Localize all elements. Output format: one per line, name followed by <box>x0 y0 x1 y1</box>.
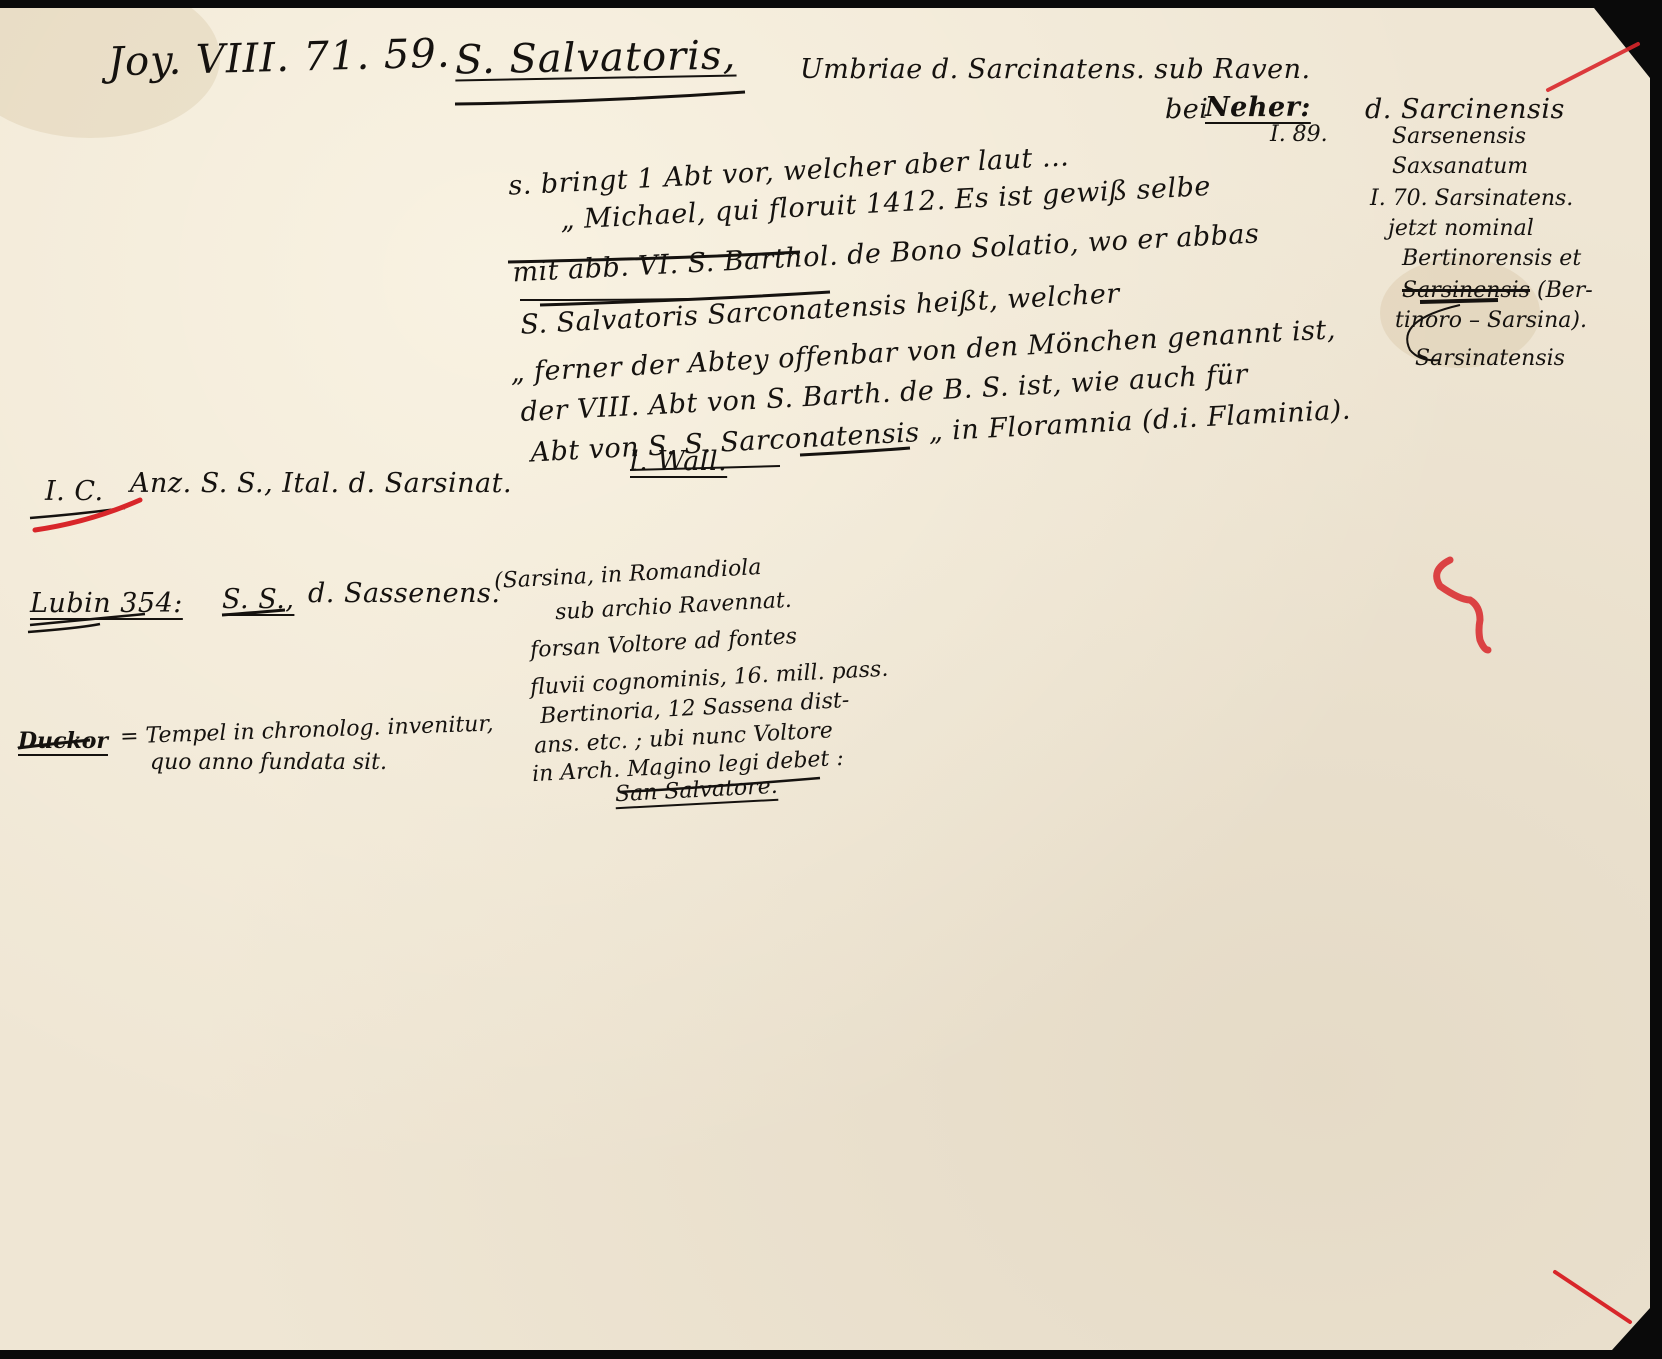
lubin-note-line: (Sarsina, in Romandiola <box>494 557 762 593</box>
margin-note: I. 70. Sarsinatens. <box>1370 188 1573 210</box>
neher-page: I. 89. <box>1270 124 1328 146</box>
duckor-label: Duckor <box>18 730 108 752</box>
neher-label: Neher: <box>1205 94 1311 121</box>
margin-note: Saxsanatum <box>1392 156 1528 178</box>
margin-note: Sarsenensis <box>1392 126 1526 148</box>
heading-subtitle: Umbriae d. Sarcinatens. sub Raven. <box>800 56 1311 83</box>
margin-note: tinoro – Sarsina). <box>1395 310 1587 332</box>
neher-prefix: bei <box>1165 96 1208 123</box>
heading-title: S. Salvatoris, <box>455 36 737 81</box>
margin-note: (Ber- <box>1537 278 1593 303</box>
duckor-line: quo anno fundata sit. <box>150 752 387 774</box>
index-card: Joy. VIII. 71. 59. S. Salvatoris, Umbria… <box>0 8 1650 1350</box>
margin-note: Sarsinatensis <box>1415 348 1565 370</box>
ic-entry-text: Anz. S. S., Ital. d. Sarsinat. <box>130 470 512 497</box>
ic-entry-label: I. C. <box>45 478 104 505</box>
margin-note: Bertinorensis et <box>1402 248 1581 270</box>
lubin-text: d. Sassenens. <box>308 580 500 607</box>
neher-variant: d. Sarcinensis <box>1365 96 1565 123</box>
lubin-note-line: sub archio Ravennat. <box>555 590 793 624</box>
lubin-note-final: San Salvatore. <box>615 776 779 806</box>
reference-number: Joy. VIII. 71. 59. <box>108 34 451 83</box>
struck-word: Sarsinensis <box>1402 278 1530 303</box>
lubin-label: Lubin 354: <box>30 590 183 617</box>
lubin-abbr: S. S., <box>222 586 294 613</box>
ic-entry-reference: l. Wall. <box>630 448 727 475</box>
margin-note: jetzt nominal <box>1388 218 1534 240</box>
lubin-note-line: forsan Voltore ad fontes <box>530 626 798 662</box>
duckor-line: = Tempel in chronolog. invenitur, <box>120 713 494 748</box>
